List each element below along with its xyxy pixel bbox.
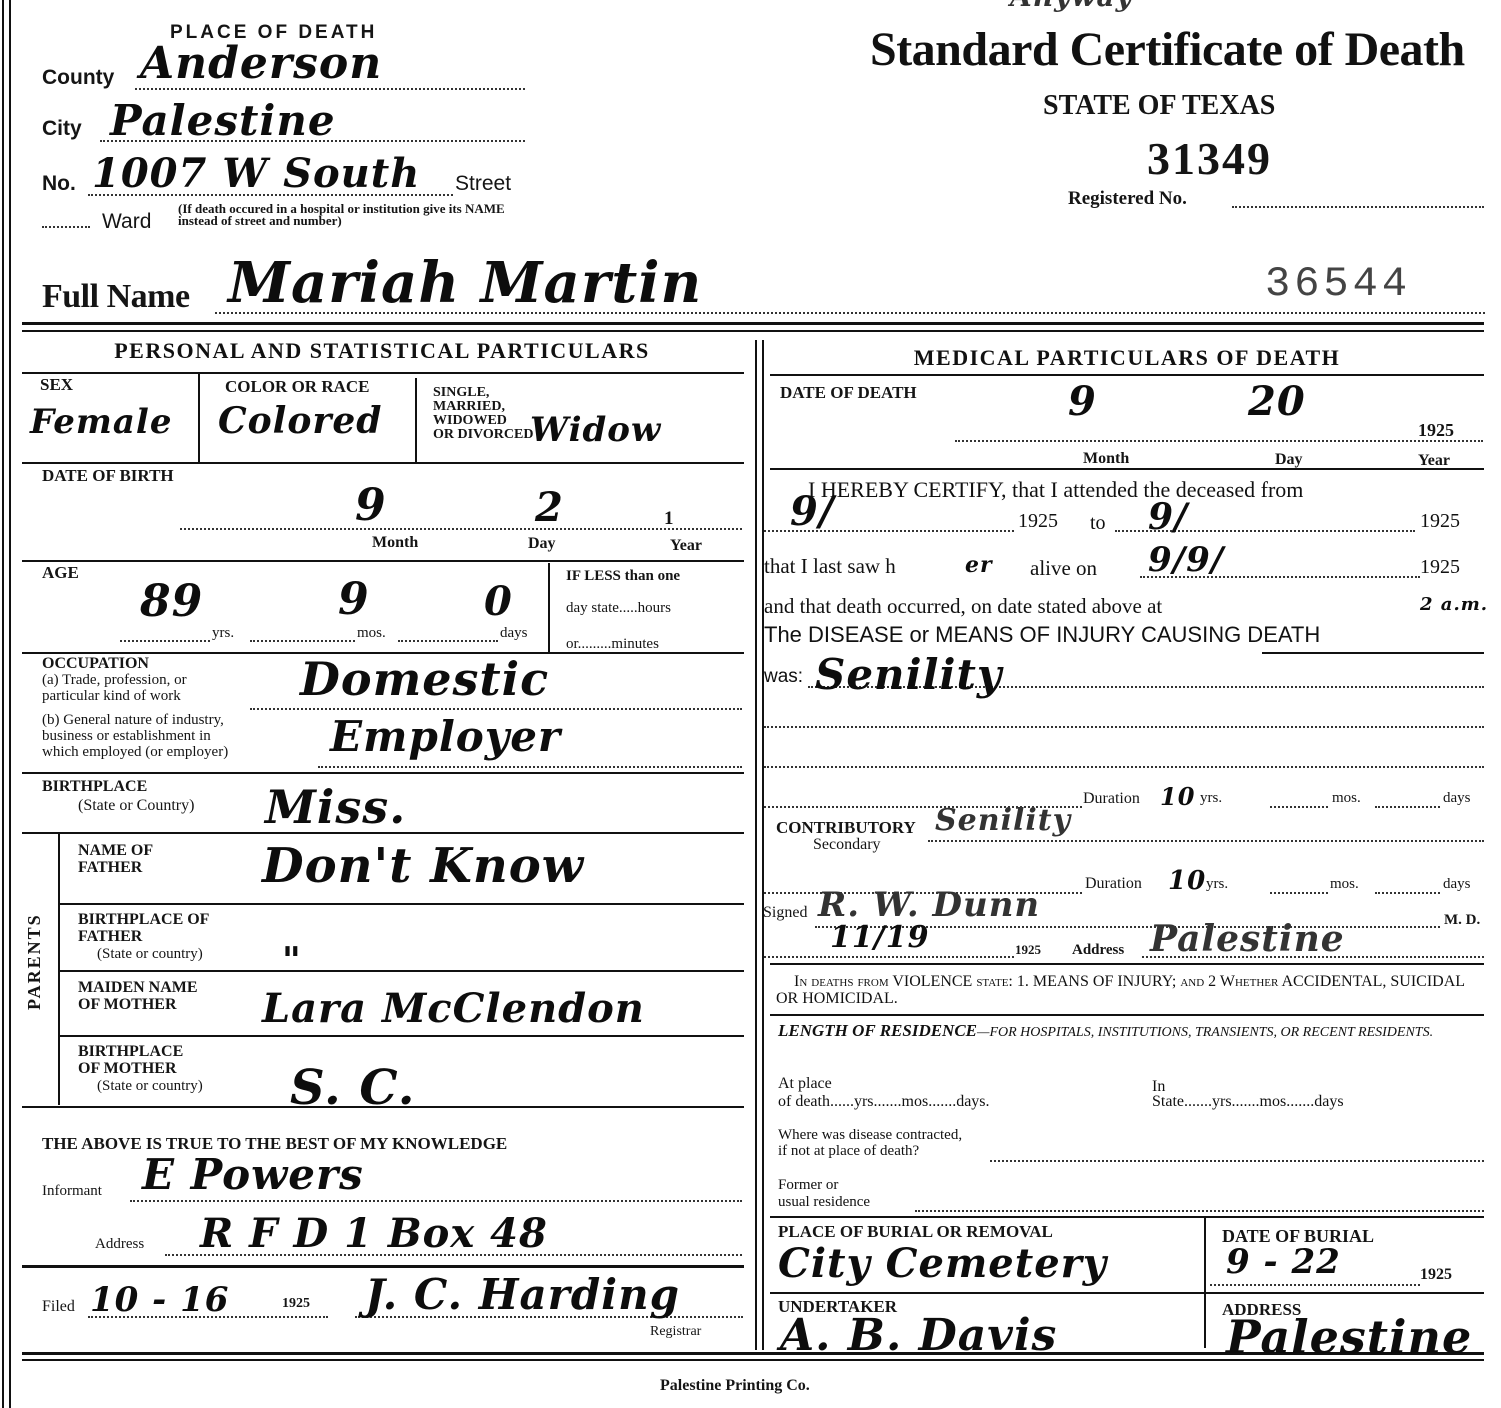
duration-2-yrs: 10 <box>1168 866 1206 896</box>
signed-date: 11/19 <box>830 920 929 955</box>
full-name-label: Full Name <box>42 278 190 316</box>
residence-title-main: LENGTH OF RESIDENCE <box>778 1021 977 1040</box>
county-value: Anderson <box>140 38 382 89</box>
burial-year: 1925 <box>1420 1266 1452 1284</box>
informant-address-label: Address <box>95 1236 144 1253</box>
father-name-label-2: FATHER <box>78 860 142 876</box>
duration-2-mos-caption: mos. <box>1330 876 1359 893</box>
duration-1-yrs-caption: yrs. <box>1200 790 1222 807</box>
former-residence-1: Former or <box>778 1177 838 1194</box>
attended-from-year: 1925 <box>1018 510 1058 533</box>
age-months: 9 <box>338 574 370 625</box>
filed-label: Filed <box>42 1298 75 1316</box>
med-row-line-1 <box>770 468 1484 470</box>
ward-label: Ward <box>102 210 151 234</box>
registered-no-line <box>1232 206 1484 208</box>
occupation-a-2: particular kind of work <box>42 689 181 704</box>
row-line-8 <box>60 1035 744 1037</box>
mother-name-label-1: MAIDEN NAME <box>78 980 198 996</box>
former-residence-line <box>915 1210 1484 1212</box>
dod-year: 1925 <box>1418 420 1454 441</box>
row-line-6 <box>60 903 744 905</box>
certificate-title: Standard Certificate of Death <box>870 22 1465 77</box>
row-line-2 <box>22 560 744 562</box>
signed-date-line <box>764 956 1014 958</box>
occupation-b-3: which employed (or employer) <box>42 745 228 760</box>
secondary-label: Secondary <box>813 836 881 854</box>
duration-1-mos-caption: mos. <box>1332 790 1361 807</box>
alive-on-label: alive on <box>1030 556 1097 581</box>
burial-date-value: 9 - 22 <box>1226 1242 1341 1282</box>
age-mos-line <box>250 640 355 642</box>
where-contracted-2: if not at place of death? <box>778 1143 919 1160</box>
attended-to-label: to <box>1090 512 1106 535</box>
row-line-7 <box>60 970 744 972</box>
in-state-2: State.......yrs.......mos.......days <box>1152 1093 1344 1111</box>
md-label: M. D. <box>1444 912 1480 929</box>
dod-label: DATE OF DEATH <box>780 383 917 403</box>
marital-label-3: WIDOWED <box>433 414 507 428</box>
mother-bp-label-2: OF MOTHER <box>78 1061 177 1077</box>
duration-2-days-line <box>1375 892 1440 894</box>
birthplace-sub: (State or Country) <box>78 797 194 815</box>
birthplace-label: BIRTHPLACE <box>42 778 147 796</box>
last-saw-prefix: that I last saw h <box>764 554 896 579</box>
contributory-label: CONTRIBUTORY <box>776 818 916 838</box>
dob-year-prefix: 1 <box>664 508 674 530</box>
contributory-value: Senility <box>935 803 1071 838</box>
signed-address-label: Address <box>1072 942 1124 959</box>
less-than-2: day state.....hours <box>566 600 671 617</box>
duration-2-label: Duration <box>1085 875 1142 893</box>
cause-underline <box>1262 652 1484 654</box>
residence-title-sub: —FOR HOSPITALS, INSTITUTIONS, TRANSIENTS… <box>977 1025 1433 1040</box>
cause-text: The DISEASE or MEANS OF INJURY CAUSING D… <box>764 622 1320 648</box>
dod-line <box>955 440 1483 442</box>
street-value: 1007 W South <box>92 150 420 197</box>
city-value: Palestine <box>110 96 336 145</box>
father-bp-label-1: BIRTHPLACE OF <box>78 912 209 928</box>
last-saw-date: 9/9/ <box>1148 540 1224 580</box>
registrar-label: Registrar <box>650 1324 701 1340</box>
dod-day-caption: Day <box>1275 451 1303 469</box>
personal-section-title: PERSONAL AND STATISTICAL PARTICULARS <box>22 338 742 364</box>
burial-divider <box>1204 1218 1206 1348</box>
med-row-line-2 <box>770 963 1484 965</box>
dob-line <box>180 528 742 530</box>
header-divider <box>22 322 1484 325</box>
left-border-inner <box>9 0 11 1408</box>
column-divider-1 <box>755 340 757 1350</box>
dob-day-caption: Day <box>528 535 556 553</box>
mother-bp-label-3: (State or country) <box>97 1078 203 1094</box>
undertaker-address-value: Palestine <box>1226 1310 1472 1364</box>
informant-value: E Powers <box>142 1150 364 1199</box>
signed-year: 1925 <box>1015 942 1041 958</box>
filed-year: 1925 <box>282 1296 310 1312</box>
occupation-a-value: Domestic <box>300 652 549 706</box>
father-bp-value: " <box>282 940 302 982</box>
at-place-1: At place <box>778 1075 832 1093</box>
burial-place-label: PLACE OF BURIAL OR REMOVAL <box>778 1222 1053 1242</box>
printer-credit: Palestine Printing Co. <box>660 1377 810 1395</box>
state-label: STATE OF TEXAS <box>1043 90 1275 122</box>
registrar-signature: J. C. Harding <box>365 1270 680 1319</box>
cause-line-3 <box>764 766 1484 768</box>
race-label: COLOR OR RACE <box>225 377 370 397</box>
mother-bp-label-1: BIRTHPLACE <box>78 1044 183 1060</box>
father-bp-label-3: (State or country) <box>97 946 203 962</box>
row-line-5 <box>22 832 744 834</box>
race-value: Colored <box>218 400 382 442</box>
age-days-caption: days <box>500 625 528 642</box>
at-place-2: of death......yrs.......mos.......days. <box>778 1093 990 1111</box>
dod-month-caption: Month <box>1083 450 1129 468</box>
county-label: County <box>42 66 114 90</box>
age-label: AGE <box>42 563 79 583</box>
race-marital-divider <box>415 378 417 463</box>
med-row-line-4 <box>770 1216 1484 1218</box>
marital-label-4: OR DIVORCED <box>433 428 533 442</box>
duration-1-label: Duration <box>1083 790 1140 808</box>
age-yrs-line <box>120 640 210 642</box>
signed-address-value: Palestine <box>1150 918 1345 960</box>
duration-2-mos-line <box>1270 892 1328 894</box>
certify-text: I HEREBY CERTIFY, that I attended the de… <box>808 477 1303 503</box>
duration-1-days-line <box>1375 806 1440 808</box>
med-hdr-line <box>770 374 1484 376</box>
marital-value: Widow <box>530 410 661 450</box>
sex-label: SEX <box>40 375 73 395</box>
row-line-9 <box>22 1106 744 1108</box>
occupation-b-value: Employer <box>330 712 561 761</box>
age-mos-caption: mos. <box>357 625 386 642</box>
age-days: 0 <box>484 578 513 625</box>
was-label: was: <box>764 666 803 688</box>
filed-date: 10 - 16 <box>90 1280 229 1320</box>
mother-name-value: Lara McClendon <box>262 985 645 1032</box>
duration-2-yrs-caption: yrs. <box>1206 876 1228 893</box>
less-than-3: or.........minutes <box>566 636 659 653</box>
street-no-label: No. <box>42 172 76 196</box>
dob-month: 9 <box>355 480 387 531</box>
dob-month-caption: Month <box>372 534 418 552</box>
parents-vline <box>58 833 60 1105</box>
certificate-number: 31349 <box>1147 132 1272 185</box>
birthplace-value: Miss. <box>265 780 406 834</box>
where-contracted-1: Where was disease contracted, <box>778 1127 962 1144</box>
sex-value: Female <box>30 402 172 442</box>
where-contracted-line <box>990 1160 1484 1162</box>
row-line-10 <box>22 1265 744 1268</box>
last-saw-year: 1925 <box>1420 556 1460 579</box>
personal-hdr-line <box>22 372 744 374</box>
full-name-value: Mariah Martin <box>228 250 702 316</box>
dod-day: 20 <box>1248 378 1306 425</box>
age-yrs-caption: yrs. <box>212 625 234 642</box>
header-divider-2 <box>22 330 1484 332</box>
dob-day: 2 <box>535 484 564 531</box>
cause-value: Senility <box>815 650 1002 699</box>
row-line-1 <box>22 462 744 464</box>
street-label: Street <box>455 172 511 196</box>
last-saw-pronoun: er <box>965 552 993 578</box>
informant-label: Informant <box>42 1183 102 1200</box>
occupation-label: OCCUPATION <box>42 655 149 673</box>
burial-place-value: City Cemetery <box>778 1240 1107 1287</box>
med-row-line-5 <box>770 1292 1484 1294</box>
sex-race-divider <box>198 373 200 463</box>
violence-text: In deaths from VIOLENCE state: 1. MEANS … <box>776 973 1488 1007</box>
occupation-a-line <box>250 708 742 710</box>
age-days-line <box>398 640 498 642</box>
age-years: 89 <box>140 576 203 627</box>
residence-title: LENGTH OF RESIDENCE—FOR HOSPITALS, INSTI… <box>778 1022 1488 1042</box>
duration-1-mos-line <box>1270 806 1328 808</box>
occupation-b-2: business or establishment in <box>42 729 211 744</box>
father-name-value: Don't Know <box>262 838 584 894</box>
attended-to-year: 1925 <box>1420 510 1460 533</box>
mother-name-label-2: OF MOTHER <box>78 997 177 1013</box>
age-less-divider <box>548 563 550 653</box>
duration-2-days-caption: days <box>1443 876 1471 893</box>
column-divider-2 <box>762 340 764 1350</box>
father-name-label-1: NAME OF <box>78 843 153 859</box>
medical-section-title: MEDICAL PARTICULARS OF DEATH <box>770 345 1484 371</box>
burial-date-line <box>1210 1284 1420 1286</box>
occupation-b-line <box>318 766 742 768</box>
signed-value: R. W. Dunn <box>818 885 1040 925</box>
cause-line-2 <box>764 726 1484 728</box>
undertaker-value: A. B. Davis <box>780 1310 1057 1361</box>
marital-label-1: SINGLE, <box>433 386 489 400</box>
less-than-1: IF LESS than one <box>566 568 680 585</box>
dod-month: 9 <box>1068 378 1097 425</box>
death-time-value: 2 a.m. <box>1420 594 1488 615</box>
father-bp-label-2: FATHER <box>78 929 142 945</box>
death-time-text: and that death occurred, on date stated … <box>764 594 1162 619</box>
ward-line <box>42 226 90 228</box>
attended-to-value: 9/ <box>1148 496 1188 538</box>
occupation-a-1: (a) Trade, profession, or <box>42 673 187 688</box>
registered-no-label: Registered No. <box>1068 188 1187 210</box>
signed-label: Signed <box>763 904 807 922</box>
stamp-number: 36544 <box>1265 260 1411 308</box>
dob-year-caption: Year <box>670 537 702 555</box>
parents-label: PARENTS <box>24 913 45 1010</box>
duration-1-days-caption: days <box>1443 790 1471 807</box>
left-border <box>2 0 4 1408</box>
attended-from-value: 9/ <box>790 488 834 535</box>
occupation-b-1: (b) General nature of industry, <box>42 713 224 728</box>
former-residence-2: usual residence <box>778 1194 870 1211</box>
dob-label: DATE OF BIRTH <box>42 466 174 486</box>
informant-address-value: R F D 1 Box 48 <box>200 1210 548 1257</box>
duration-1-yrs: 10 <box>1160 782 1195 811</box>
city-label: City <box>42 117 82 141</box>
marital-label-2: MARRIED, <box>433 400 505 414</box>
row-line-4 <box>22 772 744 774</box>
informant-line <box>130 1200 742 1202</box>
contributory-line <box>928 840 1484 842</box>
ward-note: (If death occured in a hospital or insti… <box>178 203 523 227</box>
med-row-line-3 <box>770 1014 1484 1016</box>
top-scribble: Anyway <box>1010 0 1133 13</box>
